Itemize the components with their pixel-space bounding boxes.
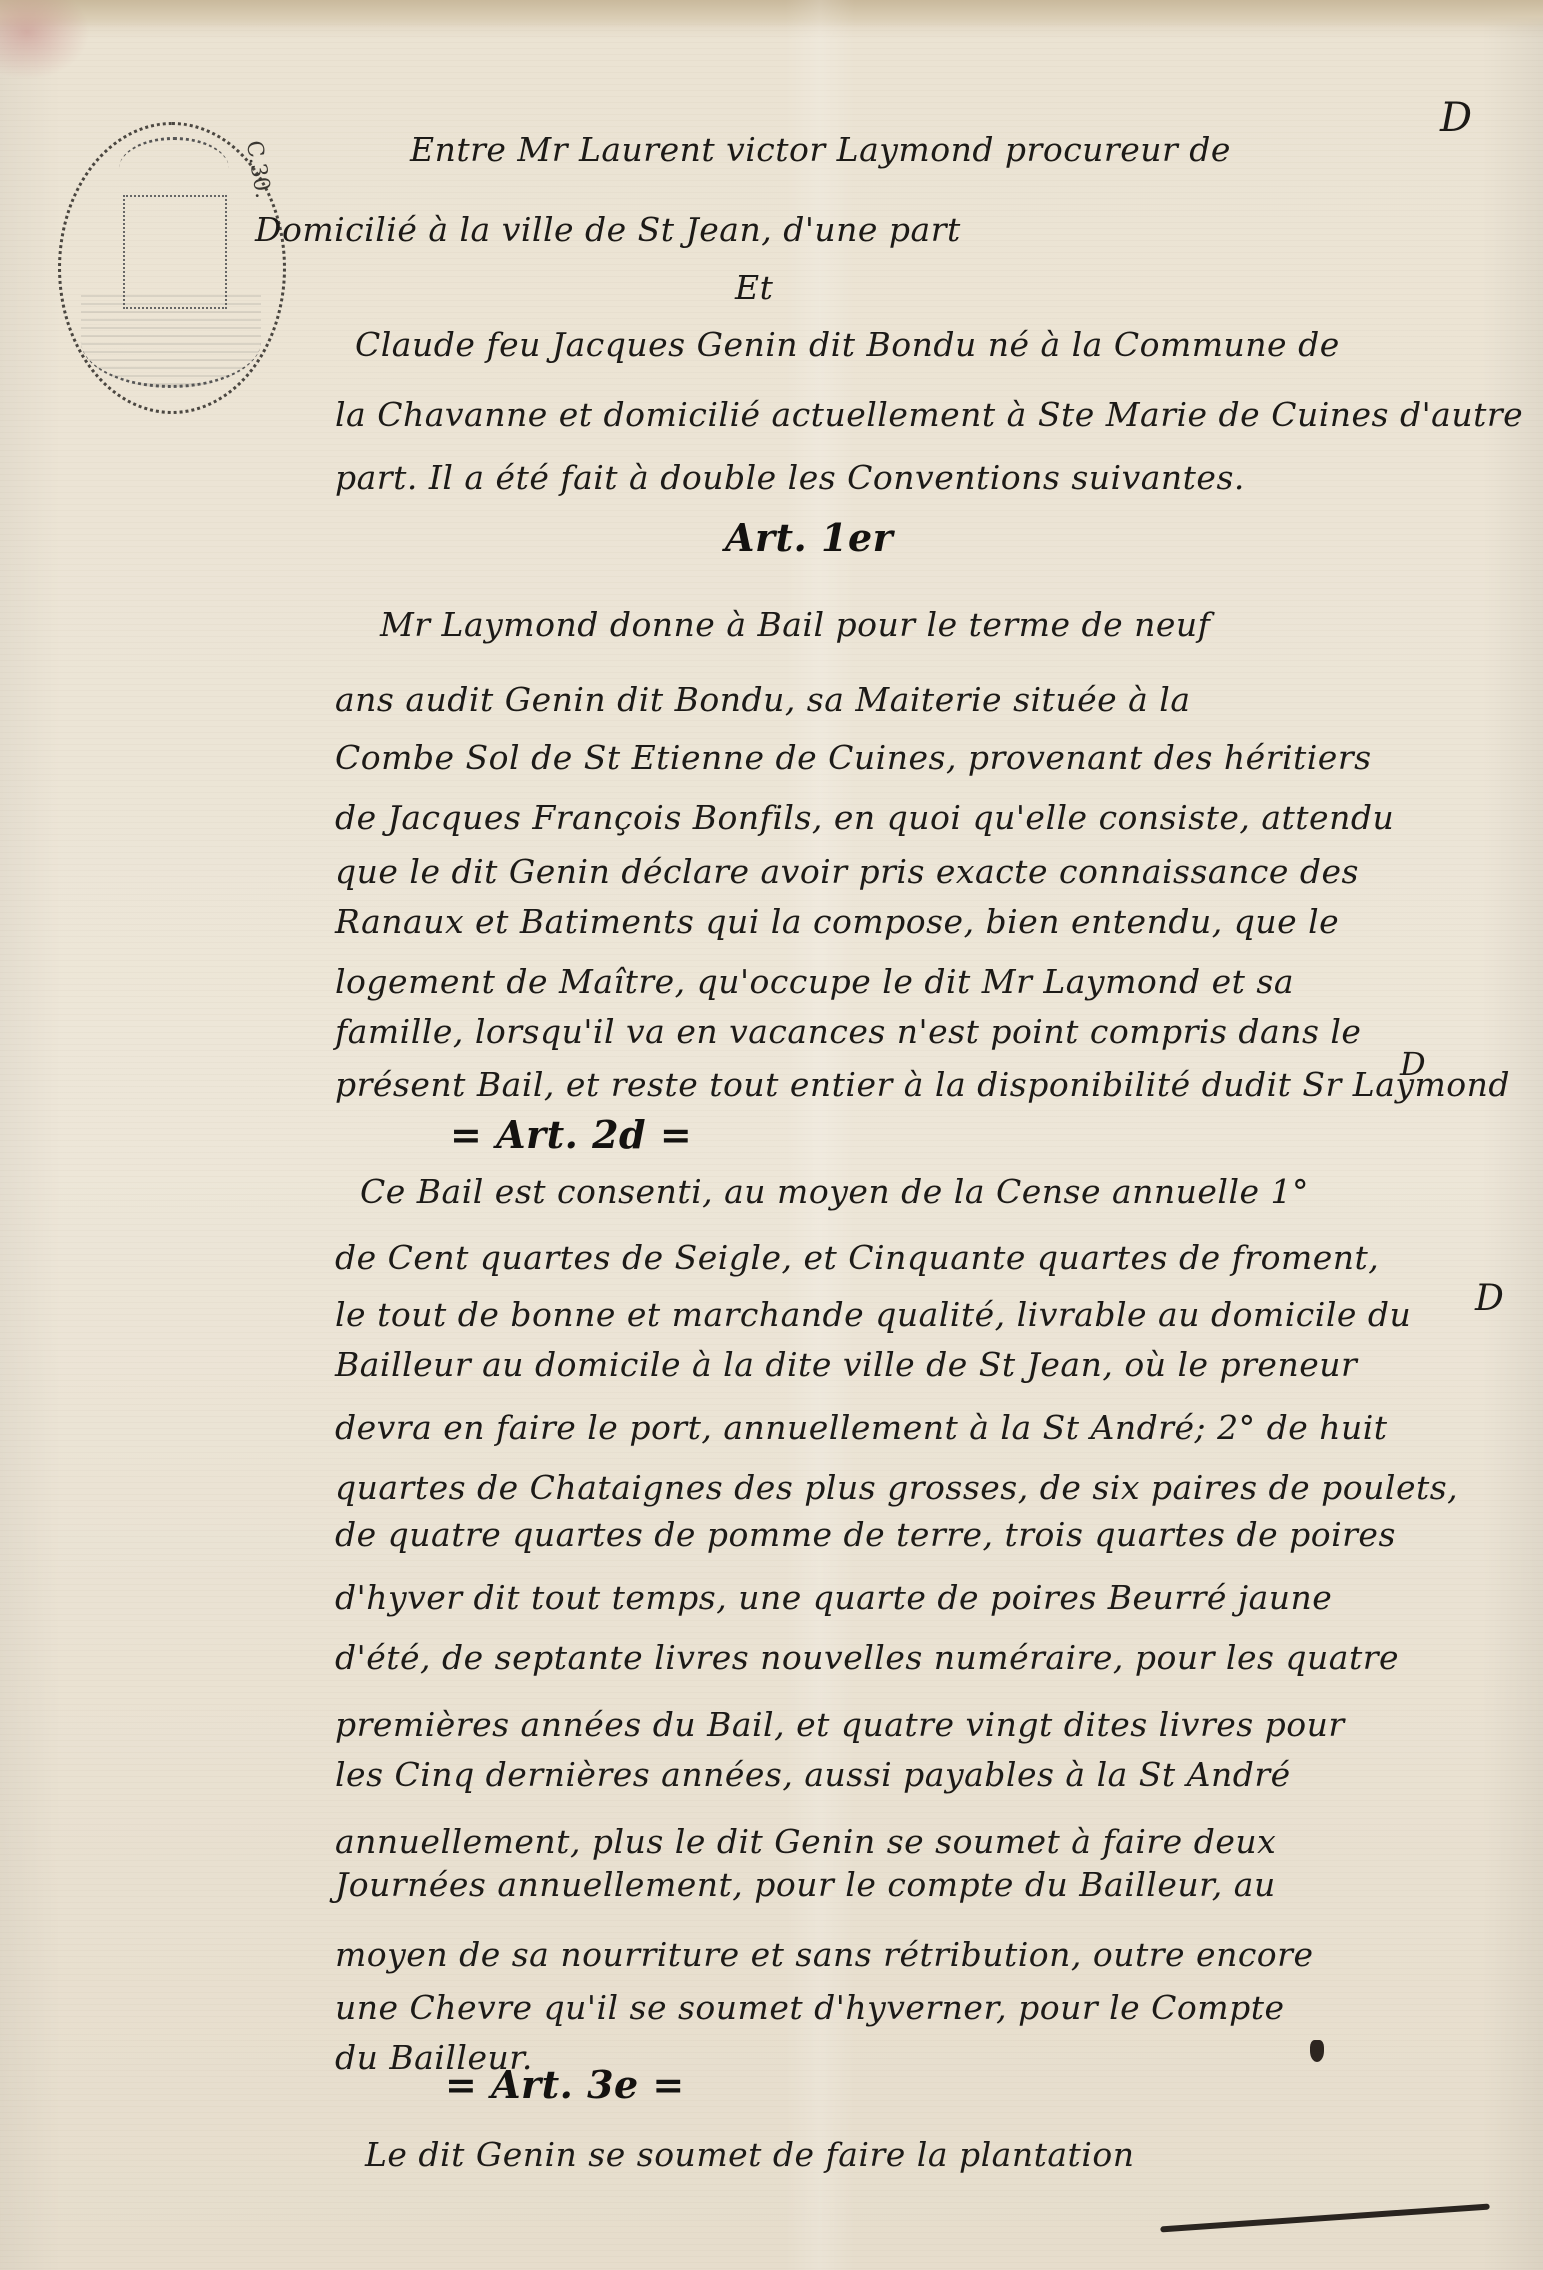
manuscript-line: Journées annuellement, pour le compte du… xyxy=(335,1865,1276,1904)
manuscript-line: de Jacques François Bonfils, en quoi qu'… xyxy=(335,798,1394,837)
manuscript-line: Ranaux et Batiments qui la compose, bien… xyxy=(335,902,1339,941)
manuscript-line: logement de Maître, qu'occupe le dit Mr … xyxy=(335,962,1294,1001)
manuscript-line: ans audit Genin dit Bondu, sa Maiterie s… xyxy=(335,680,1191,719)
manuscript-line: de quatre quartes de pomme de terre, tro… xyxy=(335,1515,1396,1554)
manuscript-line: Ce Bail est consenti, au moyen de la Cen… xyxy=(360,1172,1309,1211)
manuscript-line: quartes de Chataignes des plus grosses, … xyxy=(335,1468,1458,1507)
manuscript-page: C.30. D D D Entre Mr Laurent victor Laym… xyxy=(0,0,1543,2270)
manuscript-line: le tout de bonne et marchande qualité, l… xyxy=(335,1295,1411,1334)
manuscript-line: d'été, de septante livres nouvelles numé… xyxy=(335,1638,1399,1677)
red-stain xyxy=(0,0,90,80)
manuscript-line: Domicilié à la ville de St Jean, d'une p… xyxy=(255,210,961,249)
manuscript-line: premières années du Bail, et quatre ving… xyxy=(335,1705,1345,1744)
page-mark-top-right: D xyxy=(1440,95,1472,141)
manuscript-line: Bailleur au domicile à la dite ville de … xyxy=(335,1345,1357,1384)
stamp-code: C.30. xyxy=(241,139,276,200)
tax-stamp-seal: C.30. xyxy=(58,122,286,414)
stamp-base-decoration xyxy=(81,295,261,388)
manuscript-line: les Cinq dernières années, aussi payable… xyxy=(335,1755,1291,1794)
manuscript-line: Claude feu Jacques Genin dit Bondu né à … xyxy=(355,325,1340,364)
manuscript-line: annuellement, plus le dit Genin se soume… xyxy=(335,1822,1276,1861)
manuscript-line: Mr Laymond donne à Bail pour le terme de… xyxy=(380,605,1210,644)
coat-of-arms-icon xyxy=(123,195,227,309)
ink-blot xyxy=(1310,2040,1324,2062)
manuscript-line: présent Bail, et reste tout entier à la … xyxy=(335,1065,1510,1104)
manuscript-line: la Chavanne et domicilié actuellement à … xyxy=(335,395,1523,434)
manuscript-line: Combe Sol de St Etienne de Cuines, prove… xyxy=(335,738,1372,777)
manuscript-line: Le dit Genin se soumet de faire la plant… xyxy=(365,2135,1134,2174)
manuscript-line: part. Il a été fait à double les Convent… xyxy=(335,458,1245,497)
manuscript-line: de Cent quartes de Seigle, et Cinquante … xyxy=(335,1238,1379,1277)
crown-icon xyxy=(119,137,229,200)
manuscript-line: une Chevre qu'il se soumet d'hyverner, p… xyxy=(335,1988,1285,2027)
manuscript-line: Entre Mr Laurent victor Laymond procureu… xyxy=(410,130,1231,169)
manuscript-line: d'hyver dit tout temps, une quarte de po… xyxy=(335,1578,1332,1617)
article-heading: Art. 1er xyxy=(725,515,893,560)
torn-top-edge xyxy=(0,0,1543,28)
manuscript-line: que le dit Genin déclare avoir pris exac… xyxy=(335,852,1359,891)
manuscript-line: devra en faire le port, annuellement à l… xyxy=(335,1408,1388,1447)
manuscript-line: moyen de sa nourriture et sans rétributi… xyxy=(335,1935,1313,1974)
manuscript-line: famille, lorsqu'il va en vacances n'est … xyxy=(335,1012,1361,1051)
closing-flourish xyxy=(1160,2203,1490,2232)
manuscript-line: Et xyxy=(735,268,773,307)
page-mark-margin-2: D xyxy=(1475,1278,1504,1319)
article-heading: = Art. 2d = xyxy=(450,1112,692,1157)
article-heading: = Art. 3e = xyxy=(445,2062,685,2107)
